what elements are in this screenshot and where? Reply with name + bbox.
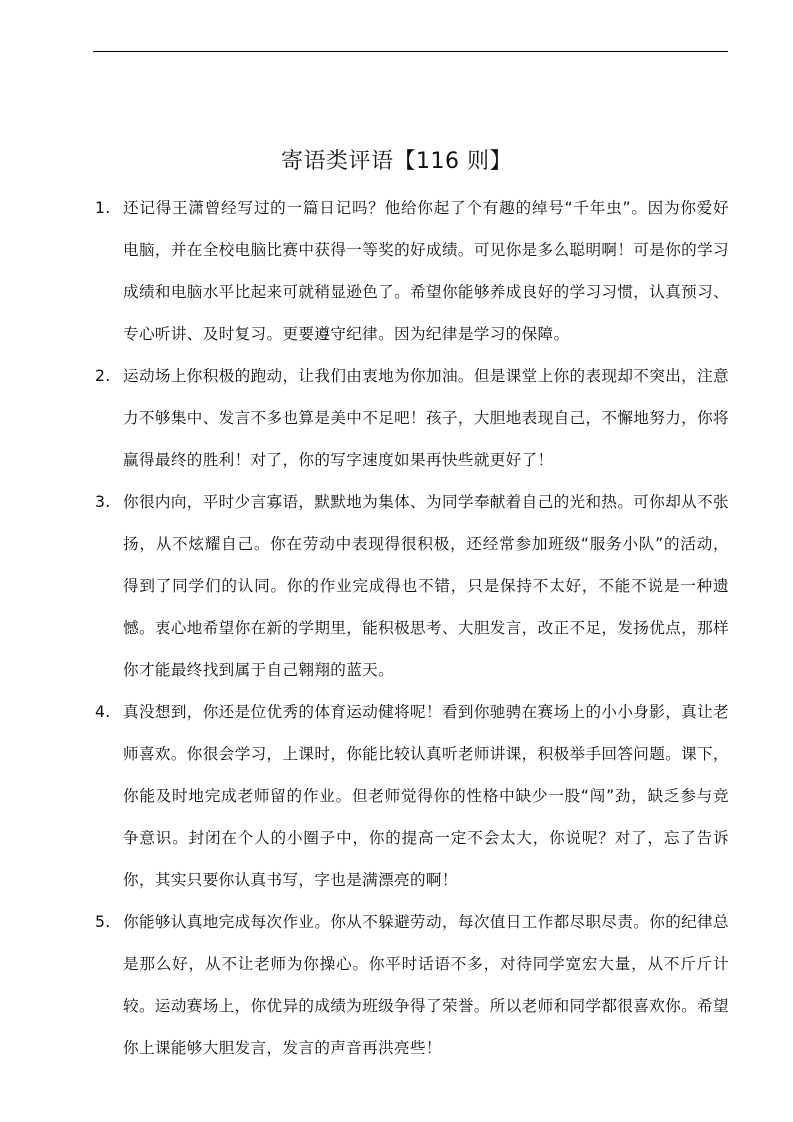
item-number: 1. — [95, 187, 111, 229]
comment-list: 1. 还记得王潇曾经写过的一篇日记吗？他给你起了个有趣的绰号“千年虫”。因为你爱… — [93, 187, 729, 1069]
document-title: 寄语类评语【116 则】 — [0, 146, 793, 178]
item-number: 2. — [95, 355, 111, 397]
list-item: 3. 你很内向，平时少言寡语，默默地为集体、为同学奉献着自己的光和热。可你却从不… — [93, 481, 729, 691]
list-item: 1. 还记得王潇曾经写过的一篇日记吗？他给你起了个有趣的绰号“千年虫”。因为你爱… — [93, 187, 729, 355]
item-text: 你很内向，平时少言寡语，默默地为集体、为同学奉献着自己的光和热。可你却从不张扬，… — [123, 481, 729, 691]
header-rule — [93, 51, 728, 52]
item-text: 真没想到，你还是位优秀的体育运动健将呢！看到你驰骋在赛场上的小小身影，真让老师喜… — [123, 691, 729, 901]
item-number: 4. — [95, 691, 111, 733]
list-item: 4. 真没想到，你还是位优秀的体育运动健将呢！看到你驰骋在赛场上的小小身影，真让… — [93, 691, 729, 901]
list-item: 2. 运动场上你积极的跑动，让我们由衷地为你加油。但是课堂上你的表现却不突出，注… — [93, 355, 729, 481]
item-text: 运动场上你积极的跑动，让我们由衷地为你加油。但是课堂上你的表现却不突出，注意力不… — [123, 355, 729, 481]
item-number: 5. — [95, 901, 111, 943]
list-item: 5. 你能够认真地完成每次作业。你从不躲避劳动，每次值日工作都尽职尽责。你的纪律… — [93, 901, 729, 1069]
item-number: 3. — [95, 481, 111, 523]
item-text: 你能够认真地完成每次作业。你从不躲避劳动，每次值日工作都尽职尽责。你的纪律总是那… — [123, 901, 729, 1069]
item-text: 还记得王潇曾经写过的一篇日记吗？他给你起了个有趣的绰号“千年虫”。因为你爱好电脑… — [123, 187, 729, 355]
